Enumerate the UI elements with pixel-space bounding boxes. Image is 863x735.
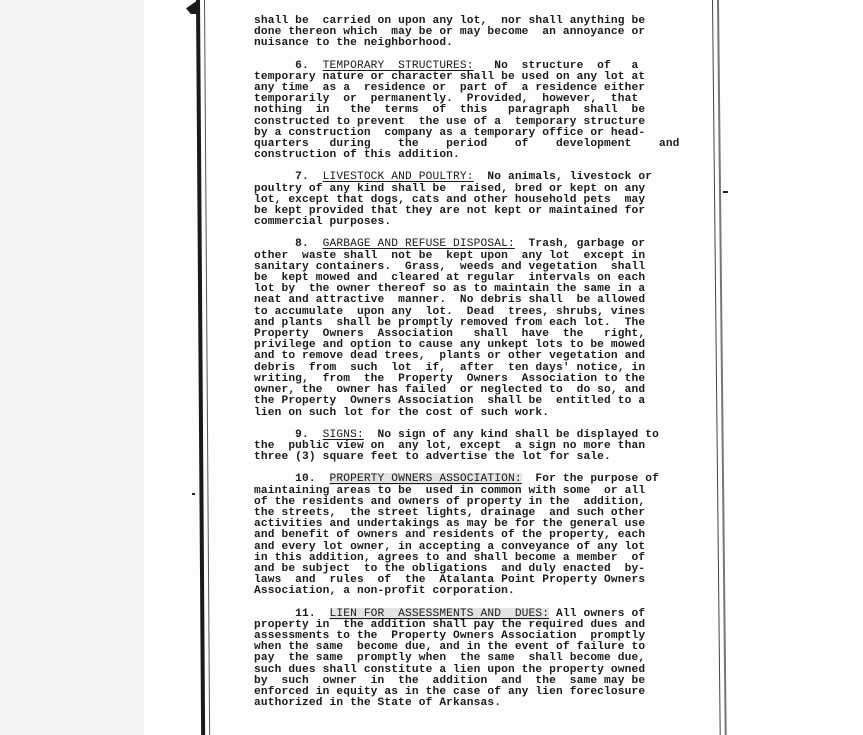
- section-9: 9. SIGNS: No sign of any kind shall be d…: [254, 430, 654, 464]
- section-first-line: 10. PROPERTY OWNERS ASSOCIATION: For the…: [254, 474, 654, 485]
- section-first-line-text: No sign of any kind shall be displayed t…: [364, 429, 659, 441]
- text-line: pay the same promptly when the same shal…: [254, 653, 654, 664]
- section-number: 9.: [254, 429, 323, 441]
- section-heading: GARBAGE AND REFUSE DISPOSAL:: [323, 238, 515, 250]
- scan-speck: [723, 191, 728, 193]
- section-number: 8.: [254, 238, 323, 250]
- text-line: and benefit of owners and residents of t…: [254, 530, 654, 541]
- section-heading: LIVESTOCK AND POULTRY:: [323, 171, 474, 183]
- section-number: 10.: [254, 473, 330, 485]
- section-number: 6.: [254, 60, 323, 72]
- text-line: nothing in the terms of this paragraph s…: [254, 105, 654, 116]
- text-line: neat and attractive manner. No debris sh…: [254, 295, 654, 306]
- continuation-paragraph: shall be carried on upon any lot, nor sh…: [254, 16, 654, 50]
- text-line: nuisance to the neighborhood.: [254, 38, 654, 49]
- text-line: and to remove dead trees, plants or othe…: [254, 351, 654, 362]
- section-11: 11. LIEN FOR ASSESSMENTS AND DUES: All o…: [254, 609, 654, 710]
- section-first-line: 8. GARBAGE AND REFUSE DISPOSAL: Trash, g…: [254, 239, 654, 250]
- section-7: 7. LIVESTOCK AND POULTRY: No animals, li…: [254, 172, 654, 228]
- text-line: commercial purposes.: [254, 217, 654, 228]
- text-line: Association, a non-profit corporation.: [254, 586, 654, 597]
- text-line: construction of this addition.: [254, 150, 654, 161]
- text-line: the Property Owners Association shall be…: [254, 396, 654, 407]
- section-6: 6. TEMPORARY STRUCTURES: No structure of…: [254, 61, 654, 162]
- section-first-line-text: Trash, garbage or: [515, 238, 645, 250]
- text-line: lien on such lot for the cost of such wo…: [254, 408, 654, 419]
- section-heading: TEMPORARY STRUCTURES:: [323, 60, 474, 72]
- text-line: three (3) square feet to advertise the l…: [254, 452, 654, 463]
- sections-list: 6. TEMPORARY STRUCTURES: No structure of…: [254, 61, 654, 710]
- section-number: 7.: [254, 171, 323, 183]
- section-first-line-text: For the purpose of: [522, 473, 659, 485]
- document-body: shall be carried on upon any lot, nor sh…: [254, 16, 654, 720]
- section-heading: PROPERTY OWNERS ASSOCIATION:: [330, 473, 522, 485]
- section-8: 8. GARBAGE AND REFUSE DISPOSAL: Trash, g…: [254, 239, 654, 418]
- section-first-line-text: No animals, livestock or: [474, 171, 652, 183]
- scan-speck: [192, 493, 195, 495]
- section-heading: LIEN FOR ASSESSMENTS AND DUES:: [330, 608, 550, 620]
- text-line: authorized in the State of Arkansas.: [254, 698, 654, 709]
- section-first-line: 7. LIVESTOCK AND POULTRY: No animals, li…: [254, 172, 654, 183]
- section-heading: SIGNS:: [323, 429, 364, 441]
- section-first-line-text: All owners of: [549, 608, 645, 620]
- section-number: 11.: [254, 608, 330, 620]
- section-first-line-text: No structure of a: [474, 60, 639, 72]
- section-10: 10. PROPERTY OWNERS ASSOCIATION: For the…: [254, 474, 654, 597]
